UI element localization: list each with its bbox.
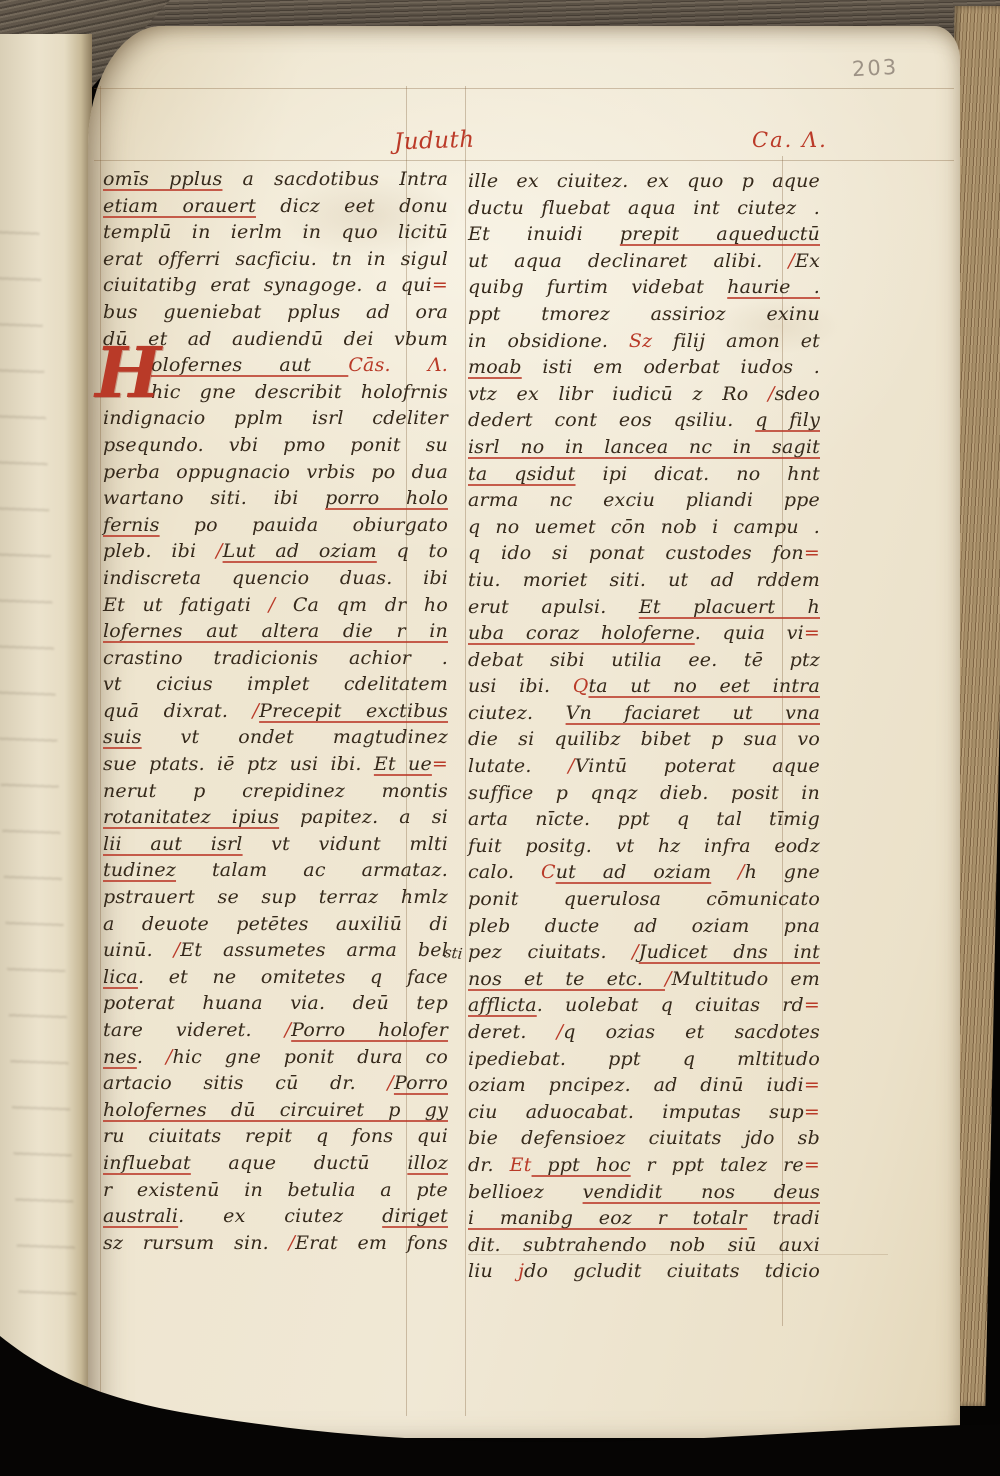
manuscript-line: rotanitatez ipius papitez. a si [103, 804, 448, 831]
ruling-line-right-column-left [465, 86, 466, 1416]
text-segment: . quia vi [695, 622, 804, 644]
rubric-segment: Sz [629, 330, 652, 352]
rubric-segment: ∕ [738, 861, 745, 883]
text-segment: wartano siti. ibi [103, 487, 325, 509]
manuscript-line: suffice p qnqz dieb. posit in [468, 780, 820, 807]
text-segment: templū in ierlm in quo licitū [103, 221, 448, 243]
text-segment: ciu aduocabat. imputas sup [468, 1101, 804, 1123]
manuscript-line: bellioez vendidit nos deus [468, 1179, 820, 1206]
manuscript-line: sue ptats. iē ptz usi ibi. Et ue= [103, 751, 448, 778]
text-segment: erut apulsi. [468, 596, 639, 618]
text-segment: Ca qm dr ho [293, 594, 448, 616]
text-segment: suffice p qnqz dieb. posit in [468, 782, 820, 804]
ruling-line-left-column-left [100, 86, 101, 1416]
underlined-segment: omīs pplus [103, 168, 222, 190]
underlined-segment: prepit aqueductū [620, 223, 820, 245]
manuscript-line: templū in ierlm in quo licitū [103, 219, 448, 246]
text-segment: . et ne omitetes q face [138, 966, 448, 988]
text-segment: lutate. [468, 755, 568, 777]
manuscript-line: nos et te etc. ∕Multitudo em [468, 966, 820, 993]
underlined-segment: ppt hoc [532, 1154, 631, 1176]
text-segment: sz rursum sin. [103, 1232, 289, 1254]
text-segment: . ex ciutez [178, 1205, 382, 1227]
manuscript-line: vt cicius implet cdelitatem [103, 671, 448, 698]
text-segment: usi ibi. [468, 675, 573, 697]
text-segment: perba oppugnacio vrbis po dua [103, 461, 448, 483]
text-segment: crastino tradicionis achior . [103, 647, 448, 669]
text-segment: sue ptats. iē ptz usi ibi. [103, 753, 374, 775]
text-segment: ut aqua declinaret alibi. [468, 250, 788, 272]
rubric-segment: = [804, 1101, 820, 1123]
underlined-segment: ut ad oziam [556, 861, 712, 883]
manuscript-line: ta qsidut ipi dicat. no hnt [468, 461, 820, 488]
rubric-segment: ∕ [788, 250, 795, 272]
underlined-segment: uba coraz holoferne [468, 622, 695, 644]
manuscript-line: Et ut fatigati ∕ Ca qm dr ho [103, 592, 448, 619]
text-segment: Et inuidi [468, 223, 620, 245]
text-segment: pez ciuitats. [468, 941, 632, 963]
chapter-mark: Ca. Λ. [752, 128, 828, 152]
text-segment: erat offerri sacficiu. tn in sigul [103, 248, 448, 270]
underlined-segment: ta ut no eet intra [588, 675, 820, 697]
text-segment: h gne [745, 861, 820, 883]
text-segment: dedert cont eos qsiliu. [468, 409, 755, 431]
manuscript-line: ciu aduocabat. imputas sup= [468, 1099, 820, 1126]
manuscript-line: ppt tmorez assirioz exinu [468, 301, 820, 328]
underlined-segment: influebat [103, 1152, 191, 1174]
text-segment: bellioez [468, 1181, 583, 1203]
rubric-segment: ∕ [216, 540, 223, 562]
manuscript-line: die si quilibz bibet p sua vo [468, 726, 820, 753]
rubric-segment: ∕ [632, 941, 639, 963]
rubric-segment: = [804, 1154, 820, 1176]
manuscript-line: quibg furtim videbat haurie . [468, 274, 820, 301]
manuscript-line: suis vt ondet magtudinez [103, 724, 448, 751]
text-segment: artacio sitis cū dr. [103, 1072, 387, 1094]
text-segment: hic gne ponit dura co [172, 1046, 448, 1068]
manuscript-line: moab isti em oderbat iudos . [468, 354, 820, 381]
text-segment: ductu fluebat aqua int ciutez . [468, 197, 820, 219]
underlined-segment: Porro holofer [291, 1019, 448, 1041]
manuscript-line: tare videret. ∕Porro holofer [103, 1017, 448, 1044]
text-segment: nerut p crepidinez montis [103, 780, 448, 802]
folio-number: 203 [851, 55, 898, 81]
underlined-segment: ta qsidut [468, 463, 576, 485]
text-segment: a sacdotibus Intra [222, 168, 448, 190]
manuscript-line: a deuote petētes auxiliū di [103, 911, 448, 938]
text-segment: dr. [468, 1154, 510, 1176]
text-segment: pstrauert se sup terraz hmlz [103, 886, 448, 908]
text-segment: papitez. a si [279, 806, 448, 828]
underlined-segment: Et ue [374, 753, 432, 775]
text-segment: bie defensioez ciuitats jdo sb [468, 1127, 820, 1149]
text-segment: Ex [795, 250, 820, 272]
text-segment: pleb ducte ad oziam pna [468, 915, 820, 937]
manuscript-photo: Juduth Ca. Λ. 203 sti H omīs pplus a sac… [0, 0, 1000, 1476]
text-segment: vt cicius implet cdelitatem [103, 673, 448, 695]
text-segment: tradi [747, 1207, 820, 1229]
underlined-segment: diriget [382, 1205, 448, 1227]
manuscript-line: tudinez talam ac armataz. [103, 857, 448, 884]
text-segment: tiu. moriet siti. ut ad rddem [468, 569, 820, 591]
manuscript-page: Juduth Ca. Λ. 203 sti H omīs pplus a sac… [88, 26, 960, 1438]
text-segment: r ppt talez re [631, 1154, 804, 1176]
text-segment: quibg furtim videbat [468, 276, 727, 298]
manuscript-line: tiu. moriet siti. ut ad rddem [468, 567, 820, 594]
text-segment: r existenū in betulia a pte [103, 1179, 448, 1201]
ruling-line-horizontal-header [94, 160, 954, 161]
text-segment: Vintū poterat aque [575, 755, 820, 777]
underlined-segment: Judicet dns int [639, 941, 820, 963]
text-segment: quā dixrat. [103, 700, 253, 722]
manuscript-line: ciuitatibg erat synagoge. a qui= [103, 272, 448, 299]
text-segment: indiscreta quencio duas. ibi [103, 567, 448, 589]
manuscript-line: omīs pplus a sacdotibus Intra [103, 166, 448, 193]
text-segment: a deuote petētes auxiliū di [103, 913, 448, 935]
text-segment: dicz eet donu [256, 195, 448, 217]
underlined-segment: porro holo [325, 487, 448, 509]
manuscript-line: debat sibi utilia ee. tē ptz [468, 647, 820, 674]
text-segment: filij amon et [652, 330, 820, 352]
underlined-segment: afflicta [468, 994, 537, 1016]
text-segment: q to [377, 540, 448, 562]
manuscript-line: r existenū in betulia a pte [103, 1177, 448, 1204]
text-column-right: ille ex ciuitez. ex quo p aqueductu flue… [468, 168, 820, 1285]
manuscript-line: q ido si ponat custodes fon= [468, 540, 820, 567]
underlined-segment: q fily [755, 409, 820, 431]
text-segment: vtz ex libr iudicū z Ro [468, 383, 768, 405]
text-segment: ille ex ciuitez. ex quo p aque [468, 170, 820, 192]
text-segment: ru ciuitats repit q fons qui [103, 1125, 448, 1147]
manuscript-line: lofernes aut altera die r in [103, 618, 448, 645]
manuscript-line: in obsidione. Sz filij amon et [468, 328, 820, 355]
text-segment: dit. subtrahendo nob siū auxi [468, 1234, 820, 1256]
manuscript-line: etiam orauert dicz eet donu [103, 193, 448, 220]
manuscript-line: poterat huana via. deū tep [103, 990, 448, 1017]
manuscript-line: pez ciuitats. ∕Judicet dns int [468, 939, 820, 966]
text-segment: ppt tmorez assirioz exinu [468, 303, 820, 325]
manuscript-line: arta nīcte. ppt q tal tīmig [468, 806, 820, 833]
manuscript-line: vtz ex libr iudicū z Ro ∕sdeo [468, 381, 820, 408]
facing-page-edge [0, 34, 92, 1429]
underlined-segment: suis [103, 726, 142, 748]
text-segment: ipediebat. ppt q mltitudo [468, 1048, 820, 1070]
text-segment: aque ductū [191, 1152, 407, 1174]
underlined-segment: rotanitatez ipius [103, 806, 279, 828]
manuscript-line: quā dixrat. ∕Precepit exctibus [103, 698, 448, 725]
running-title: Juduth [394, 127, 475, 156]
underlined-segment: isrl no in lancea nc in sagit [468, 436, 820, 458]
manuscript-line: Et inuidi prepit aqueductū [468, 221, 820, 248]
rubric-segment: = [432, 753, 448, 775]
text-segment: sdeo [775, 383, 820, 405]
text-segment: ciuitatibg erat synagoge. a qui [103, 274, 432, 296]
text-segment: arma nc exciu pliandi ppe [468, 489, 820, 511]
manuscript-line: uinū. ∕Et assumetes arma bel [103, 937, 448, 964]
text-segment [711, 861, 738, 883]
manuscript-line: wartano siti. ibi porro holo [103, 485, 448, 512]
text-segment: tare videret. [103, 1019, 285, 1041]
rubric-segment: = [804, 542, 820, 564]
manuscript-line: pleb. ibi ∕Lut ad oziam q to [103, 538, 448, 565]
manuscript-line: lica. et ne omitetes q face [103, 964, 448, 991]
text-segment: . [137, 1046, 166, 1068]
manuscript-line: dedert cont eos qsiliu. q fily [468, 407, 820, 434]
text-segment: oziam pncipez. ad dinū iudi [468, 1074, 804, 1096]
underlined-segment: holofernes dū circuiret p gy [103, 1099, 448, 1121]
manuscript-line: ille ex ciuitez. ex quo p aque [468, 168, 820, 195]
underlined-segment: vendidit nos deus [583, 1181, 820, 1203]
manuscript-line: deret. ∕q ozias et sacdotes [468, 1019, 820, 1046]
underlined-segment: lica [103, 966, 138, 988]
rubric-segment: = [432, 274, 448, 296]
rubric-segment: ∕ [665, 968, 672, 990]
manuscript-line: bus gueniebat pplus ad ora [103, 299, 448, 326]
manuscript-line: ipediebat. ppt q mltitudo [468, 1046, 820, 1073]
underlined-segment: Lut ad oziam [223, 540, 377, 562]
rubric-segment: ∕ [269, 594, 293, 616]
manuscript-line: arma nc exciu pliandi ppe [468, 487, 820, 514]
text-segment: fuit positg. vt hz infra eodz [468, 835, 820, 857]
underlined-segment: fernis [103, 514, 160, 536]
drop-cap-initial-H: H [95, 344, 161, 402]
manuscript-line: pstrauert se sup terraz hmlz [103, 884, 448, 911]
text-segment: vt vidunt mlti [243, 833, 448, 855]
underlined-segment: illoz [407, 1152, 448, 1174]
rubric-segment: Et [510, 1154, 532, 1176]
text-segment: liu [468, 1260, 518, 1282]
manuscript-line: influebat aque ductū illoz [103, 1150, 448, 1177]
text-segment: Multitudo em [672, 968, 820, 990]
manuscript-line: fuit positg. vt hz infra eodz [468, 833, 820, 860]
text-segment: bus gueniebat pplus ad ora [103, 301, 448, 323]
manuscript-line: i manibg eoz r totalr tradi [468, 1205, 820, 1232]
underlined-segment: olofernes aut [151, 354, 348, 376]
manuscript-line: sz rursum sin. ∕Erat em fons [103, 1230, 448, 1257]
text-segment: uinū. [103, 939, 174, 961]
manuscript-line: artacio sitis cū dr. ∕Porro [103, 1070, 448, 1097]
manuscript-line: indiscreta quencio duas. ibi [103, 565, 448, 592]
manuscript-line: erat offerri sacficiu. tn in sigul [103, 246, 448, 273]
manuscript-line: dr. Et ppt hoc r ppt talez re= [468, 1152, 820, 1179]
text-segment: isti em oderbat iudos . [522, 356, 820, 378]
text-segment: vt ondet magtudinez [142, 726, 448, 748]
manuscript-line: nerut p crepidinez montis [103, 778, 448, 805]
rubric-segment: = [804, 1074, 820, 1096]
text-segment: Erat em fons [295, 1232, 448, 1254]
manuscript-line: dit. subtrahendo nob siū auxi [468, 1232, 820, 1259]
text-segment: q ido si ponat custodes fon [468, 542, 804, 564]
manuscript-line: psequndo. vbi pmo ponit su [103, 432, 448, 459]
text-segment: . uolebat q ciuitas rd [537, 994, 804, 1016]
manuscript-line: ru ciuitats repit q fons qui [103, 1123, 448, 1150]
text-segment: pleb. ibi [103, 540, 216, 562]
manuscript-line: ductu fluebat aqua int ciutez . [468, 195, 820, 222]
manuscript-line: afflicta. uolebat q ciuitas rd= [468, 992, 820, 1019]
text-segment: ponit querulosa cōmunicato [468, 888, 820, 910]
manuscript-line: holofernes dū circuiret p gy [103, 1097, 448, 1124]
manuscript-line: fernis po pauida obiurgato [103, 512, 448, 539]
underlined-segment: etiam orauert [103, 195, 256, 217]
manuscript-line: q no uemet cōn nob i campu . [468, 514, 820, 541]
rubric-segment: ∕ [768, 383, 775, 405]
text-segment: Et ut fatigati [103, 594, 269, 616]
manuscript-line: ponit querulosa cōmunicato [468, 886, 820, 913]
manuscript-line: erut apulsi. Et placuert h [468, 594, 820, 621]
text-segment: Et assumetes arma bel [180, 939, 448, 961]
manuscript-line: nes. ∕hic gne ponit dura co [103, 1044, 448, 1071]
underlined-segment: nes [103, 1046, 137, 1068]
manuscript-line: perba oppugnacio vrbis po dua [103, 459, 448, 486]
underlined-segment: i manibg eoz r totalr [468, 1207, 747, 1229]
text-segment: die si quilibz bibet p sua vo [468, 728, 820, 750]
underlined-segment: Vn faciaret ut vna [566, 702, 820, 724]
manuscript-line: crastino tradicionis achior . [103, 645, 448, 672]
text-segment: ipi dicat. no hnt [576, 463, 820, 485]
text-segment: po pauida obiurgato [160, 514, 448, 536]
underlined-segment: Porro [394, 1072, 448, 1094]
manuscript-line: australi. ex ciutez diriget [103, 1203, 448, 1230]
underlined-segment: Et placuert h [639, 596, 820, 618]
underlined-segment: nos et te etc. [468, 968, 665, 990]
text-segment: q ozias et sacdotes [563, 1021, 820, 1043]
text-segment: poterat huana via. deū tep [103, 992, 448, 1014]
underlined-segment: moab [468, 356, 522, 378]
text-segment: ciutez. [468, 702, 566, 724]
rubric-segment: ∕ [568, 755, 575, 777]
manuscript-line: uba coraz holoferne. quia vi= [468, 620, 820, 647]
manuscript-line: calo. Cut ad oziam ∕h gne [468, 859, 820, 886]
underlined-segment: Precepit exctibus [259, 700, 448, 722]
manuscript-line: isrl no in lancea nc in sagit [468, 434, 820, 461]
rubric-segment: C [541, 861, 556, 883]
rubric-segment: Cās. Λ. [348, 354, 448, 376]
text-segment: do gcludit ciuitats tdicio [524, 1260, 820, 1282]
underlined-segment: haurie . [727, 276, 820, 298]
text-segment: deret. [468, 1021, 557, 1043]
rubric-segment: Q [573, 675, 589, 697]
text-segment: debat sibi utilia ee. tē ptz [468, 649, 820, 671]
manuscript-line: pleb ducte ad oziam pna [468, 913, 820, 940]
text-column-left: H omīs pplus a sacdotibus Intraetiam ora… [103, 166, 448, 1256]
text-segment: talam ac armataz. [176, 859, 448, 881]
manuscript-line: usi ibi. Qta ut no eet intra [468, 673, 820, 700]
text-segment: calo. [468, 861, 541, 883]
text-segment: q no uemet cōn nob i campu . [468, 516, 820, 538]
text-segment: arta nīcte. ppt q tal tīmig [468, 808, 820, 830]
underlined-segment: tudinez [103, 859, 176, 881]
manuscript-line: lutate. ∕Vintū poterat aque [468, 753, 820, 780]
manuscript-line: liu jdo gcludit ciuitats tdicio [468, 1258, 820, 1285]
facing-page-showthrough [0, 213, 77, 1314]
underlined-segment: lii aut isrl [103, 833, 243, 855]
manuscript-line: ciutez. Vn faciaret ut vna [468, 700, 820, 727]
text-segment: in obsidione. [468, 330, 629, 352]
manuscript-line: bie defensioez ciuitats jdo sb [468, 1125, 820, 1152]
manuscript-line: ut aqua declinaret alibi. ∕Ex [468, 248, 820, 275]
underlined-segment: australi [103, 1205, 178, 1227]
manuscript-line: lii aut isrl vt vidunt mlti [103, 831, 448, 858]
manuscript-line: oziam pncipez. ad dinū iudi= [468, 1072, 820, 1099]
ruling-line-horizontal-top [94, 88, 954, 89]
underlined-segment: lofernes aut altera die r in [103, 620, 448, 642]
rubric-segment: = [804, 622, 820, 644]
text-segment: psequndo. vbi pmo ponit su [103, 434, 448, 456]
rubric-segment: = [804, 994, 820, 1016]
text-segment: hic gne describit holofrnis [151, 381, 448, 403]
rubric-segment: ∕ [387, 1072, 394, 1094]
